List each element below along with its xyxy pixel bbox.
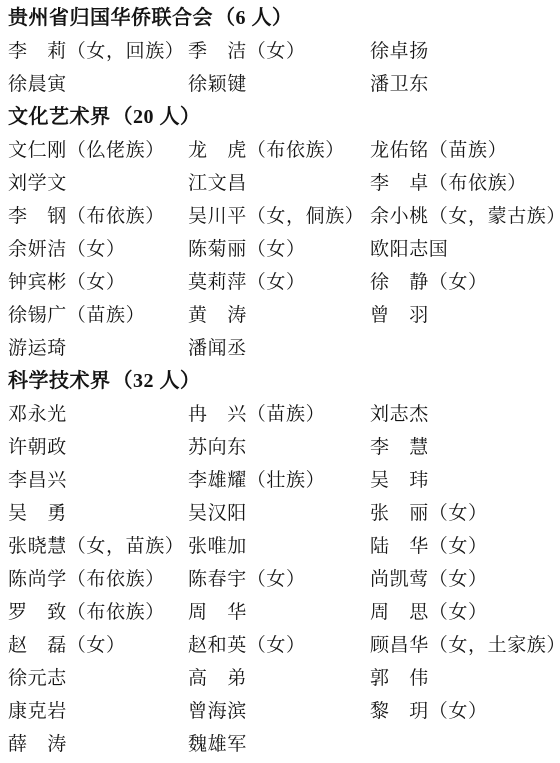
name-cell: 张唯加 <box>188 530 247 563</box>
section-count: （6 人） <box>215 7 293 29</box>
name-row: 许朝政苏向东李 慧 <box>8 431 554 464</box>
name-row: 吴 勇吴汉阳张 丽（女） <box>8 497 554 530</box>
name-cell: 李 钢（布依族） <box>8 200 165 233</box>
name-cell: 薛 涛 <box>8 728 67 761</box>
name-cell: 龙 虎（布依族） <box>188 134 345 167</box>
name-cell: 赵 磊（女） <box>8 629 126 662</box>
name-row: 康克岩曾海滨黎 玥（女） <box>8 695 554 728</box>
name-cell: 冉 兴（苗族） <box>188 398 325 431</box>
section-heading: 贵州省归国华侨联合会（6 人） <box>8 2 554 35</box>
name-row: 刘学文江文昌李 卓（布依族） <box>8 167 554 200</box>
name-cell: 曾海滨 <box>188 695 247 728</box>
name-cell: 陈尚学（布依族） <box>8 563 165 596</box>
section-heading: 文化艺术界（20 人） <box>8 101 554 134</box>
name-row: 赵 磊（女）赵和英（女）顾昌华（女，土家族） <box>8 629 554 662</box>
name-row: 余妍洁（女）陈菊丽（女）欧阳志国 <box>8 233 554 266</box>
name-row: 徐晨寅徐颖键潘卫东 <box>8 68 554 101</box>
name-row: 陈尚学（布依族）陈春宇（女）尚凯莺（女） <box>8 563 554 596</box>
name-row: 邓永光冉 兴（苗族）刘志杰 <box>8 398 554 431</box>
name-cell: 徐 静（女） <box>370 266 488 299</box>
name-cell: 刘志杰 <box>370 398 429 431</box>
name-row: 文仁刚（仫佬族）龙 虎（布依族）龙佑铭（苗族） <box>8 134 554 167</box>
roster-document: 贵州省归国华侨联合会（6 人）李 莉（女，回族）季 洁（女）徐卓扬徐晨寅徐颖键潘… <box>0 0 560 763</box>
name-cell: 陈春宇（女） <box>188 563 306 596</box>
name-cell: 游运琦 <box>8 332 67 365</box>
name-cell: 李昌兴 <box>8 464 67 497</box>
name-cell: 魏雄军 <box>188 728 247 761</box>
section-count: （20 人） <box>113 106 201 128</box>
name-cell: 张晓慧（女，苗族） <box>8 530 184 563</box>
name-cell: 高 弟 <box>188 662 247 695</box>
name-cell: 李 莉（女，回族） <box>8 35 184 68</box>
name-row: 薛 涛魏雄军 <box>8 728 554 761</box>
name-row: 钟宾彬（女）莫莉萍（女）徐 静（女） <box>8 266 554 299</box>
name-row: 张晓慧（女，苗族）张唯加陆 华（女） <box>8 530 554 563</box>
name-cell: 欧阳志国 <box>370 233 448 266</box>
name-cell: 康克岩 <box>8 695 67 728</box>
name-cell: 许朝政 <box>8 431 67 464</box>
name-cell: 徐锡广（苗族） <box>8 299 145 332</box>
name-cell: 罗 致（布依族） <box>8 596 165 629</box>
name-cell: 吴川平（女，侗族） <box>188 200 364 233</box>
name-cell: 陈菊丽（女） <box>188 233 306 266</box>
section-count: （32 人） <box>113 370 201 392</box>
name-cell: 吴汉阳 <box>188 497 247 530</box>
name-cell: 曾 羽 <box>370 299 429 332</box>
name-cell: 钟宾彬（女） <box>8 266 126 299</box>
name-cell: 徐元志 <box>8 662 67 695</box>
name-cell: 陆 华（女） <box>370 530 488 563</box>
name-cell: 黄 涛 <box>188 299 247 332</box>
name-cell: 黎 玥（女） <box>370 695 488 728</box>
name-cell: 李雄耀（壮族） <box>188 464 325 497</box>
name-cell: 赵和英（女） <box>188 629 306 662</box>
name-cell: 吴 勇 <box>8 497 67 530</box>
name-cell: 余小桃（女，蒙古族） <box>370 200 560 233</box>
name-row: 游运琦潘闻丞 <box>8 332 554 365</box>
section-title: 文化艺术界 <box>8 106 111 128</box>
name-row: 徐锡广（苗族）黄 涛曾 羽 <box>8 299 554 332</box>
name-cell: 江文昌 <box>188 167 247 200</box>
name-cell: 李 慧 <box>370 431 429 464</box>
name-cell: 邓永光 <box>8 398 67 431</box>
name-cell: 龙佑铭（苗族） <box>370 134 507 167</box>
name-cell: 顾昌华（女，土家族） <box>370 629 560 662</box>
name-cell: 徐卓扬 <box>370 35 429 68</box>
name-cell: 张 丽（女） <box>370 497 488 530</box>
name-cell: 周 思（女） <box>370 596 488 629</box>
name-row: 李昌兴李雄耀（壮族）吴 玮 <box>8 464 554 497</box>
name-cell: 吴 玮 <box>370 464 429 497</box>
name-cell: 苏向东 <box>188 431 247 464</box>
name-cell: 文仁刚（仫佬族） <box>8 134 165 167</box>
name-cell: 徐颖键 <box>188 68 247 101</box>
name-cell: 尚凯莺（女） <box>370 563 488 596</box>
name-row: 李 钢（布依族）吴川平（女，侗族）余小桃（女，蒙古族） <box>8 200 554 233</box>
name-row: 徐元志高 弟郭 伟 <box>8 662 554 695</box>
name-cell: 刘学文 <box>8 167 67 200</box>
name-cell: 莫莉萍（女） <box>188 266 306 299</box>
name-cell: 徐晨寅 <box>8 68 67 101</box>
name-row: 李 莉（女，回族）季 洁（女）徐卓扬 <box>8 35 554 68</box>
name-cell: 潘闻丞 <box>188 332 247 365</box>
section-heading: 科学技术界（32 人） <box>8 365 554 398</box>
name-row: 罗 致（布依族）周 华周 思（女） <box>8 596 554 629</box>
name-cell: 李 卓（布依族） <box>370 167 527 200</box>
name-cell: 余妍洁（女） <box>8 233 126 266</box>
name-cell: 潘卫东 <box>370 68 429 101</box>
section-title: 科学技术界 <box>8 370 111 392</box>
name-cell: 周 华 <box>188 596 247 629</box>
section-title: 贵州省归国华侨联合会 <box>8 7 213 29</box>
name-cell: 郭 伟 <box>370 662 429 695</box>
name-cell: 季 洁（女） <box>188 35 306 68</box>
